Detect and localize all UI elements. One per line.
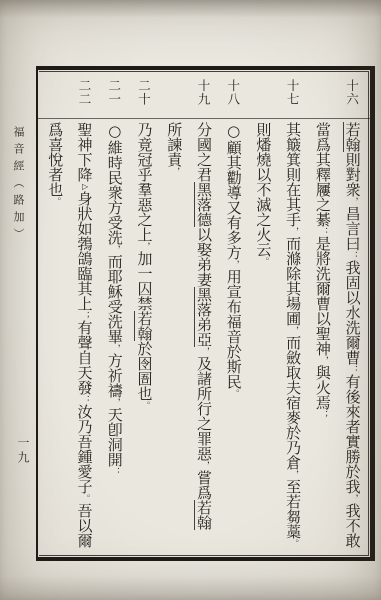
verse-text: ○顧其勸導又有多方，用宣布福音於斯民。 [219, 122, 248, 555]
punctuation: ， [288, 227, 298, 236]
punctuation: ： [80, 395, 90, 404]
punctuation: ， [110, 398, 120, 407]
punctuation: ； [318, 410, 328, 419]
verse-text: 爲喜悅者也。 [40, 122, 69, 555]
book-page: 福音經（路加） 一九 十六若翰則對衆，昌言曰：我固以水洗爾曹：有後來者實勝於我，… [0, 0, 381, 600]
proper-name-mark: 黑落弟亞 [194, 287, 213, 347]
punctuation: ， [169, 167, 179, 176]
punctuation: ， [288, 326, 298, 335]
punctuation: 。 [258, 257, 268, 266]
verse-number: 二十 [129, 72, 158, 122]
verse-column: 二一○維時民衆方受洗，而耶穌受洗畢，方祈禱，天卽洞開： [99, 72, 129, 555]
verse-column: 二十乃竟冠乎羣惡之上，加一囚禁若翰於囹圄也。 [129, 72, 159, 555]
verse-text: 則燔燒以不滅之火云。 [248, 122, 277, 555]
punctuation: ， [199, 347, 209, 356]
punctuation: ， [348, 197, 358, 206]
punctuation: ， [288, 470, 298, 479]
punctuation: 。 [229, 389, 239, 398]
verse-text: 聖神下降▷身狀如鵓鴿臨其上；有聲自天發：汝乃吾鍾愛子。吾以爾 [70, 122, 100, 555]
punctuation: 。 [50, 197, 60, 206]
punctuation: 。 [288, 539, 298, 548]
verse-text: 若翰則對衆，昌言曰：我固以水洗爾曹：有後來者實勝於我，我不敢 [338, 122, 367, 555]
punctuation: ： [318, 227, 328, 236]
punctuation: ； [80, 311, 90, 320]
verse-number: 十六 [338, 72, 367, 122]
verse-text: 乃竟冠乎羣惡之上，加一囚禁若翰於囹圄也。 [129, 122, 158, 555]
punctuation: ， [199, 461, 209, 470]
verse-column: 爲喜悅者也。 [40, 72, 70, 555]
punctuation: ： [348, 251, 358, 260]
verse-columns: 十六若翰則對衆，昌言曰：我固以水洗爾曹：有後來者實勝於我，我不敢當爲其釋屨之綦：… [40, 72, 367, 555]
punctuation: 。 [139, 401, 149, 410]
verse-text: 其簸箕則在其手，而滌除其場圃，而斂取夫宿麥於乃倉，至若芻藁。 [278, 122, 307, 555]
proper-name-mark: 若翰 [134, 311, 153, 341]
proper-name-mark: 若翰 [194, 500, 213, 530]
verse-column: 所諫責， [159, 72, 189, 555]
verse-number: 二二 [70, 72, 99, 122]
verse-text: 當爲其釋屨之綦：是將洗爾曹以聖神，與火焉； [308, 122, 337, 555]
verse-column: 當爲其釋屨之綦：是將洗爾曹以聖神，與火焉； [308, 72, 338, 555]
text-frame: 十六若翰則對衆，昌言曰：我固以水洗爾曹：有後來者實勝於我，我不敢當爲其釋屨之綦：… [36, 66, 375, 561]
annotation-mark: ▷ [81, 182, 90, 191]
verse-number: 十九 [189, 72, 218, 122]
proper-name-mark: 黑落德 [194, 182, 213, 227]
verse-column: 二二聖神下降▷身狀如鵓鴿臨其上；有聲自天發：汝乃吾鍾愛子。吾以爾 [70, 72, 100, 555]
verse-column: 十七其簸箕則在其手，而滌除其場圃，而斂取夫宿麥於乃倉，至若芻藁。 [278, 72, 308, 555]
margin-title: 福音經（路加） [10, 126, 26, 245]
verse-column: 十九分國之君黑落德以娶弟妻黑落弟亞，及諸所行之罪惡，嘗爲若翰 [189, 72, 219, 555]
punctuation: ， [110, 344, 120, 353]
punctuation: ， [139, 242, 149, 251]
page-number: 一九 [15, 436, 32, 466]
verse-number: 十八 [219, 72, 248, 122]
punctuation: ， [110, 245, 120, 254]
punctuation: ， [229, 260, 239, 269]
verse-column: 十八○顧其勸導又有多方，用宣布福音於斯民。 [218, 72, 248, 555]
verse-text: 所諫責， [159, 122, 188, 555]
proper-name-mark: 若翰 [343, 122, 362, 152]
verse-text: 分國之君黑落德以娶弟妻黑落弟亞，及諸所行之罪惡，嘗爲若翰 [189, 122, 218, 555]
verse-text: ○維時民衆方受洗，而耶穌受洗畢，方祈禱，天卽洞開： [100, 122, 129, 555]
verse-number: 十七 [278, 72, 307, 122]
verse-number: 二一 [100, 72, 129, 122]
verse-column: 則燔燒以不滅之火云。 [248, 72, 278, 555]
verse-column: 十六若翰則對衆，昌言曰：我固以水洗爾曹：有後來者實勝於我，我不敢 [337, 72, 367, 555]
punctuation: 。 [80, 494, 90, 503]
punctuation: ： [110, 467, 120, 476]
punctuation: ， [318, 356, 328, 365]
punctuation: ： [348, 365, 358, 374]
punctuation: ， [348, 494, 358, 503]
